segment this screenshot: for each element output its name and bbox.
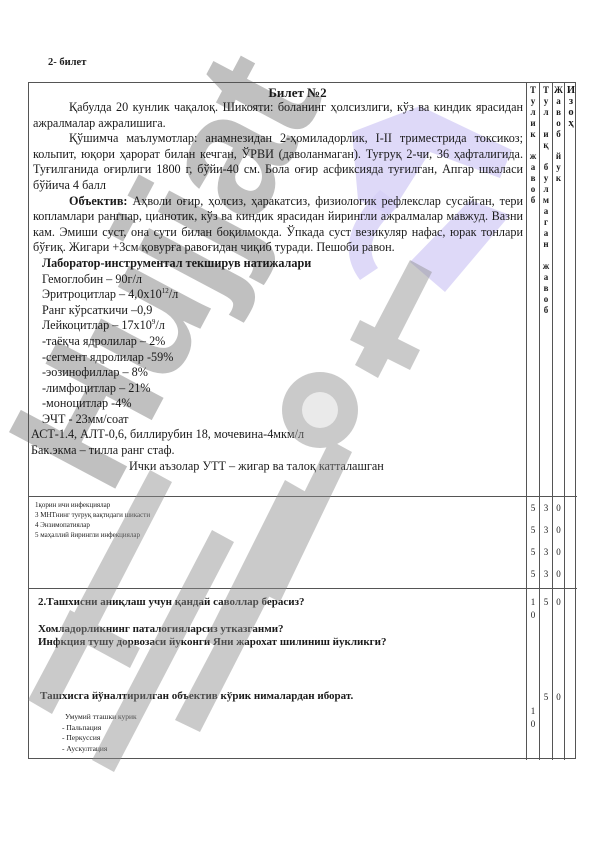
score-partial: 3: [544, 569, 549, 580]
exam-item: - Аускултация: [29, 744, 526, 755]
column-header-letter: а: [531, 162, 536, 173]
objective-label: Объектив:: [69, 194, 127, 208]
column-header-letter: л: [530, 107, 535, 118]
score-partial-column: 3 3 3 3: [539, 497, 552, 588]
diagnosis-option: 3 МНТнинг туғруқ вақтидаги шикасти: [35, 510, 526, 520]
lab-erythrocytes: Эритроцитлар – 4,0х1012/л: [29, 287, 526, 303]
diagnosis-cell: 1қорин ичи инфекциялар 3 МНТнинг туғруқ …: [29, 497, 526, 588]
column-header-letter: ж: [530, 151, 537, 162]
lab-eosinophils: -эозинофиллар – 8%: [29, 365, 526, 381]
answer-infection-gate: Инфкция тушу дорвозаси йуконги Яни жарох…: [29, 636, 526, 650]
column-header-letter: н: [543, 239, 548, 250]
diagnosis-row: 1қорин ичи инфекциялар 3 МНТнинг туғруқ …: [29, 497, 577, 589]
column-header-letter: а: [544, 228, 549, 239]
column-header-letter: о: [556, 118, 561, 129]
column-header-letter: у: [544, 96, 549, 107]
lab-monocytes: -моноцитлар -4%: [29, 396, 526, 412]
column-header-letter: ж: [543, 261, 550, 272]
case-row: Билет №2 Қабулда 20 кунлик чақалоқ. Шико…: [29, 83, 577, 497]
column-header-letter: к: [530, 129, 535, 140]
questions-cell: 2.Ташхисни аниқлаш учун қандай саволлар …: [29, 589, 526, 760]
diagnosis-option: 4 Энзимопатиялар: [35, 520, 526, 530]
score-full: 5: [531, 569, 536, 580]
score-partial: 3: [544, 547, 549, 558]
column-header-letter: о: [544, 294, 549, 305]
column-header-letter: и: [543, 129, 548, 140]
lab-segmented: -сегмент ядролилар -59%: [29, 350, 526, 366]
column-header-letter: г: [544, 217, 548, 228]
lab-lymphocytes: -лимфоцитлар – 21%: [29, 381, 526, 397]
biochem-text: АСТ-1.4, АЛТ-0,6, биллирубин 18, мочевин…: [29, 427, 526, 443]
lab-leukocytes: Лейкоцитлар – 17х109/л: [29, 318, 526, 334]
diagnosis-option: 5 маҳаллий йирингли инфекциялар: [35, 530, 526, 540]
lab-title: Лаборатор-инструментал текширув натижала…: [29, 256, 526, 272]
question-objective-exam: Ташхисга йўналтирилган объектив кўрик ни…: [29, 690, 526, 704]
ticket-table: Билет №2 Қабулда 20 кунлик чақалоқ. Шико…: [28, 82, 576, 759]
column-header-letter: қ: [543, 140, 548, 151]
score-none: 0: [556, 503, 561, 514]
column-header-letter: б: [544, 162, 549, 173]
score-partial: 3: [544, 503, 549, 514]
column-header-letter: о: [531, 184, 536, 195]
case-cell: Билет №2 Қабулда 20 кунлик чақалоқ. Шико…: [29, 83, 526, 496]
objective-text: Объектив: Аҳволи оғир, ҳолсиз, ҳаракатси…: [29, 194, 526, 256]
column-header-letter: Т: [543, 85, 549, 96]
score-none: 0: [556, 547, 561, 558]
column-header-letter: у: [544, 173, 549, 184]
lab-hemoglobin: Гемоглобин – 90г/л: [29, 272, 526, 288]
exam-item: - Пальпация: [29, 723, 526, 734]
bacteriology-text: Бак.экма – тилла ранг стаф.: [29, 443, 526, 459]
score-full: 5: [531, 525, 536, 536]
lab-band: -таёқча ядролилар – 2%: [29, 334, 526, 350]
score-full-column: 1 0 1 0: [526, 589, 539, 760]
score-none: 0: [556, 569, 561, 580]
score-none-column: 0 0: [552, 589, 564, 760]
score-none-column: 0 0 0 0: [552, 497, 564, 588]
note-column: [564, 589, 577, 760]
column-header-letter: Т: [530, 85, 536, 96]
ultrasound-text: Ички аъзолар УТТ – жигар ва талоқ каттал…: [29, 459, 526, 475]
score-partial: 3: [544, 525, 549, 536]
column-header-letter: б: [544, 305, 549, 316]
column-header-letter: л: [543, 184, 548, 195]
column-header-letter: у: [531, 96, 536, 107]
column-header-letter: у: [556, 162, 561, 173]
exam-item: Умумий тташки курик: [29, 712, 526, 723]
score-partial-column: 5 5: [539, 589, 552, 760]
column-header-letter: б: [556, 129, 561, 140]
column-header-letter: з: [569, 96, 573, 107]
score-full: 5: [531, 547, 536, 558]
score-full: 5: [531, 503, 536, 514]
column-header-letter: б: [531, 195, 536, 206]
column-header-letter: и: [530, 118, 535, 129]
column-header-letter: в: [556, 107, 561, 118]
column-header-letter: о: [568, 107, 573, 118]
column-header-letter: ҳ: [568, 118, 573, 129]
question-2: 2.Ташхисни аниқлаш учун қандай саволлар …: [29, 596, 526, 610]
score-full-column: 5 5 5 5: [526, 497, 539, 588]
questions-row: 2.Ташхисни аниқлаш учун қандай саволлар …: [29, 589, 577, 760]
anamnesis-text: Қўшимча маълумотлар: анамнезидан 2-ҳомил…: [29, 131, 526, 193]
score-none: 0: [556, 525, 561, 536]
page-label: 2- билет: [48, 57, 86, 68]
complaint-text: Қабулда 20 кунлик чақалоқ. Шикояти: бола…: [29, 100, 526, 131]
column-header-letter: а: [544, 272, 549, 283]
column-header-partial-answer: Тулиқбулмаганжавоб: [539, 83, 552, 496]
lab-esr: ЭЧТ - 23мм/соат: [29, 412, 526, 428]
lab-color-index: Ранг кўрсаткичи –0,9: [29, 303, 526, 319]
column-header-letter: й: [556, 151, 561, 162]
column-header-note: Изоҳ: [564, 83, 577, 496]
column-header-letter: к: [556, 173, 561, 184]
column-header-letter: в: [531, 173, 536, 184]
ticket-title: Билет №2: [29, 85, 526, 100]
column-header-letter: а: [544, 206, 549, 217]
column-header-letter: а: [556, 96, 561, 107]
column-header-full-answer: Туликжавоб: [526, 83, 539, 496]
column-header-letter: м: [543, 195, 549, 206]
column-header-letter: л: [543, 107, 548, 118]
answer-pregnancy: Хомладорликнинг паталогияларсиз утказган…: [29, 623, 526, 637]
diagnosis-option: 1қорин ичи инфекциялар: [35, 500, 526, 510]
column-header-letter: в: [544, 283, 549, 294]
note-column: [564, 497, 577, 588]
column-header-letter: И: [567, 85, 575, 96]
column-header-letter: Ж: [554, 85, 563, 96]
column-header-no-answer: Жавобйук: [552, 83, 564, 496]
exam-item: - Перкуссия: [29, 733, 526, 744]
